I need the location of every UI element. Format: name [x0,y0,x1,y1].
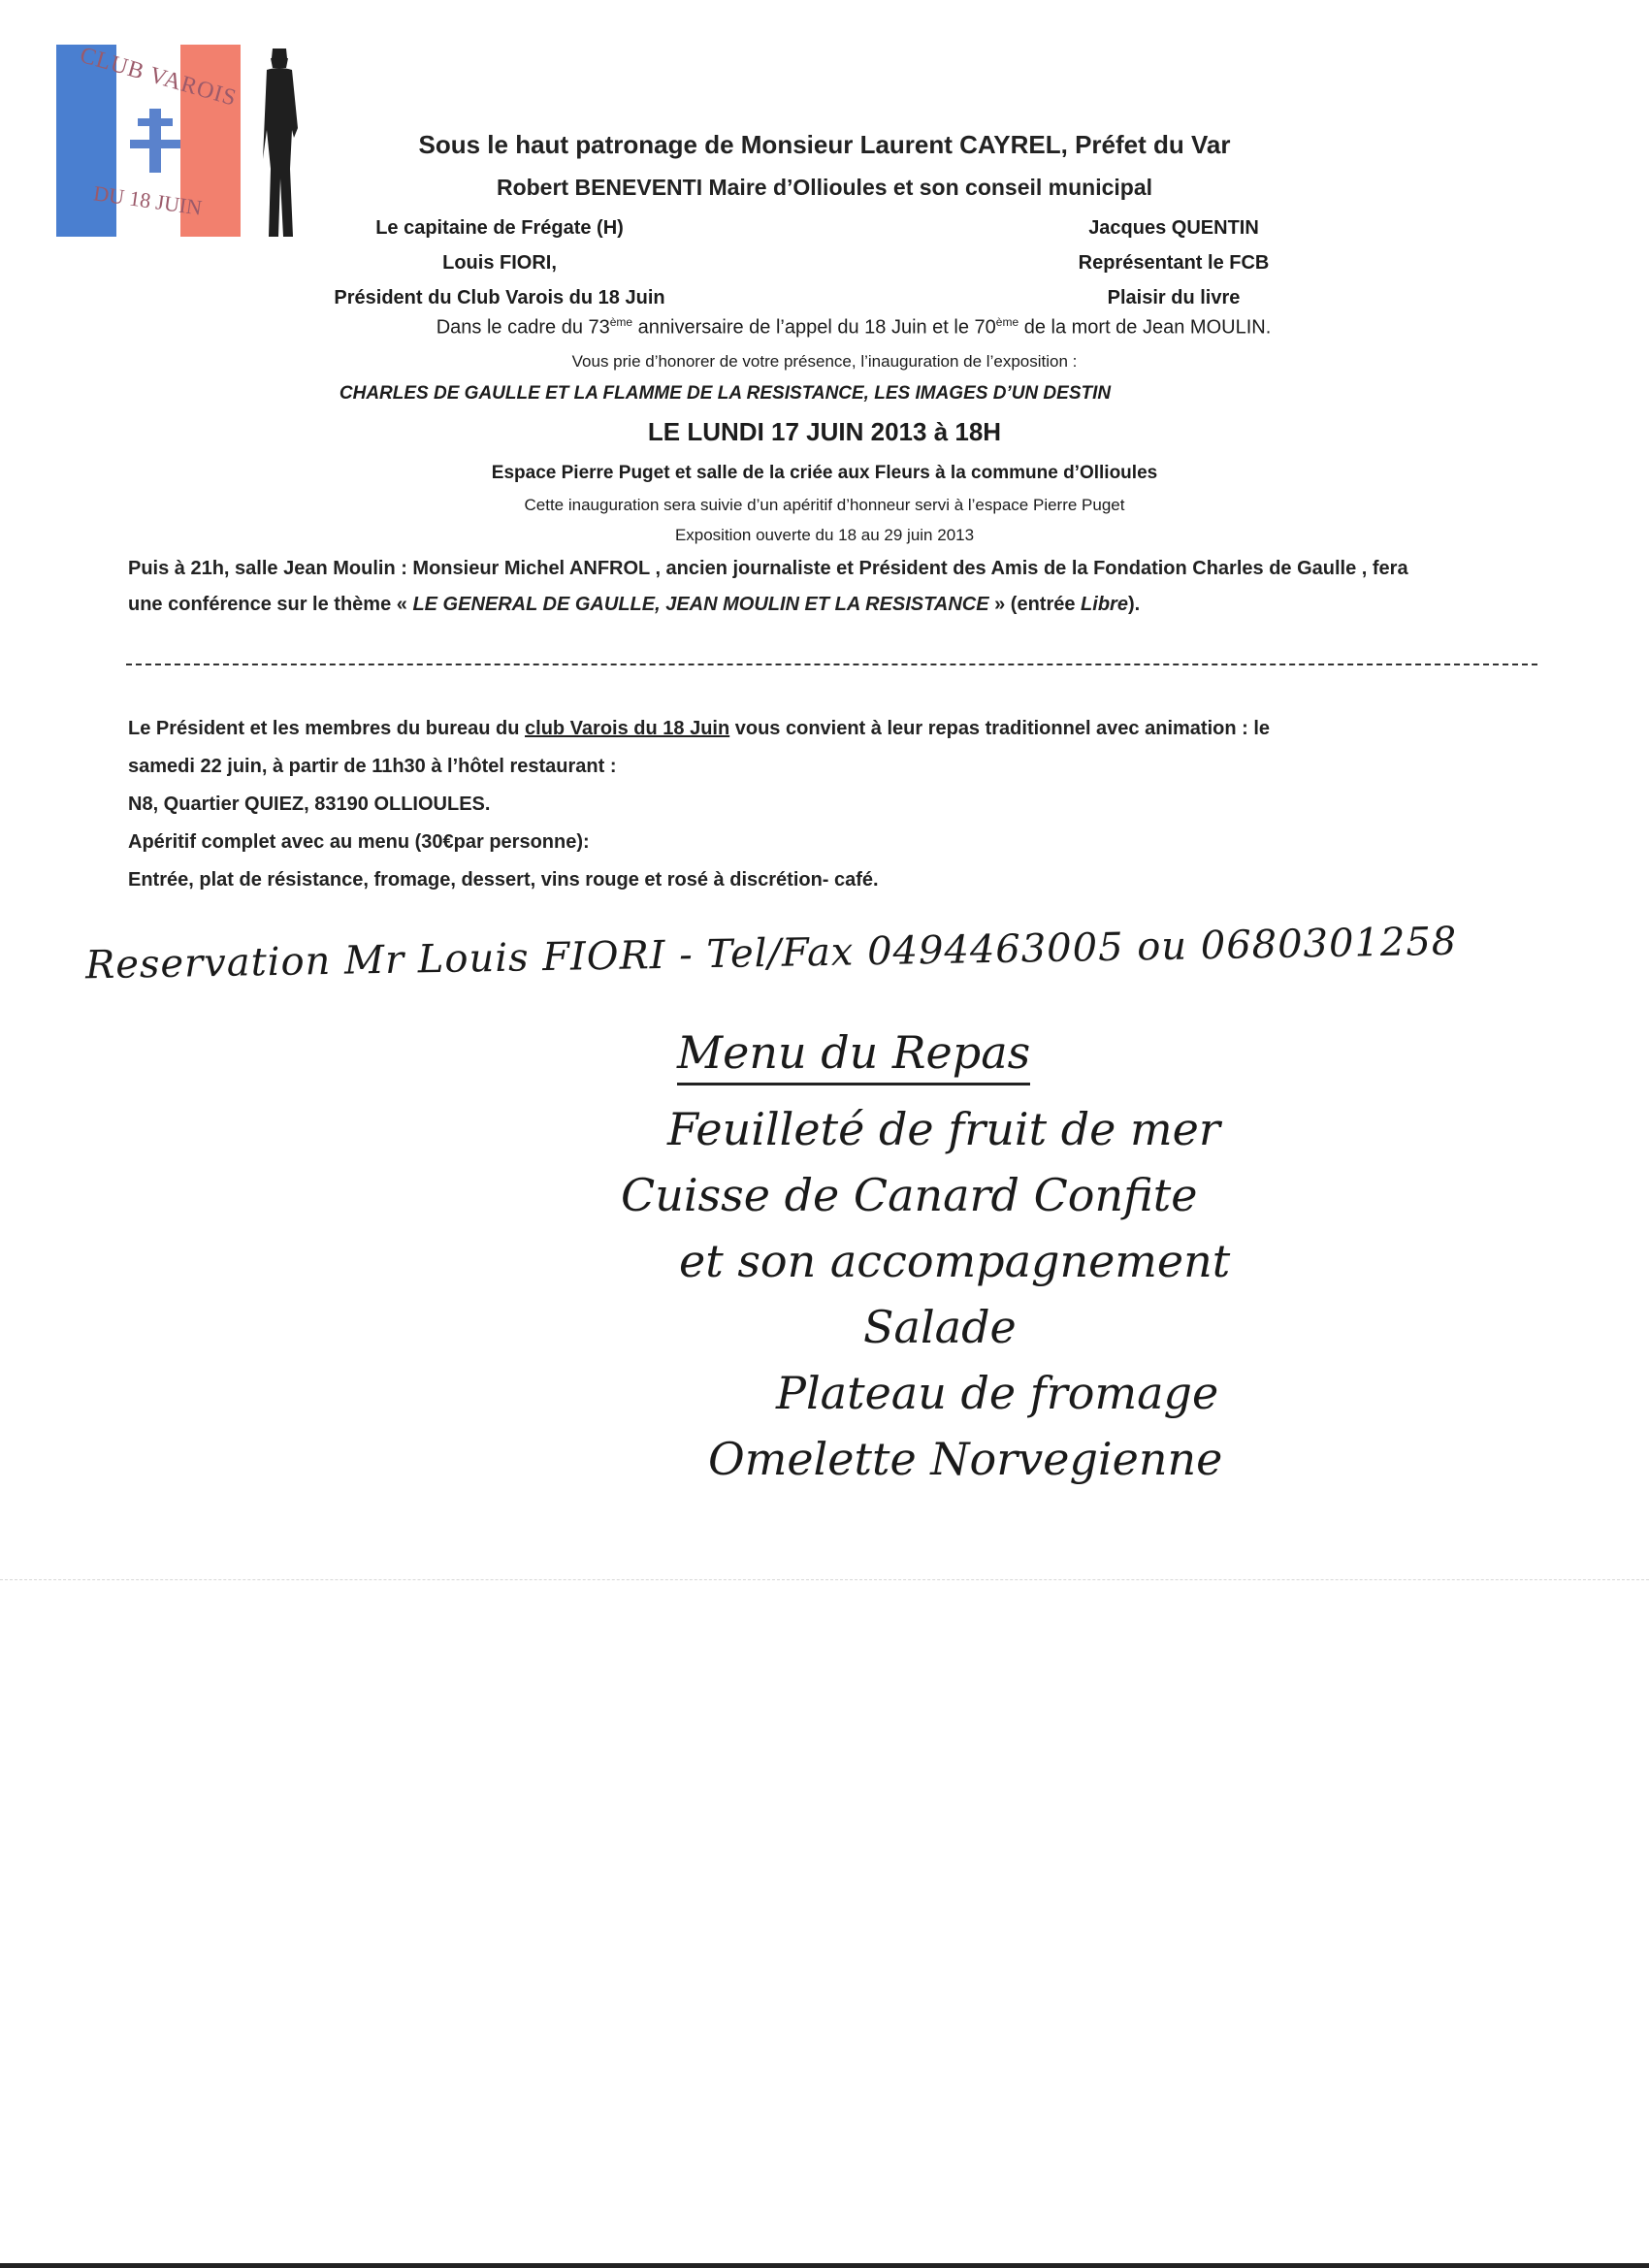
dinner-date: samedi 22 juin, à partir de 11h30 à l’hô… [128,748,1554,786]
conference-text: » (entrée [989,594,1081,615]
dinner-intro: Le Président et les membres du bureau du… [128,710,1554,748]
dinner-paragraph: Le Président et les membres du bureau du… [128,710,1554,899]
dinner-price: Apéritif complet avec au menu (30€par pe… [128,824,1554,861]
conference-text: une conférence sur le thème « [128,594,412,615]
event-location: Espace Pierre Puget et salle de la criée… [0,463,1649,484]
conference-paragraph: Puis à 21h, salle Jean Moulin : Monsieur… [128,551,1554,623]
host-left-line: Président du Club Varois du 18 Juin [325,283,674,318]
conference-line-2: une conférence sur le thème « LE GENERAL… [128,587,1554,623]
dinner-text: Le Président et les membres du bureau du [128,718,525,739]
exhibition-dates: Exposition ouverte du 18 au 29 juin 2013 [0,526,1649,545]
ordinal-suffix: ème [996,315,1018,329]
menu-item: Cuisse de Canard Confite [621,1162,1397,1228]
host-left-line: Louis FIORI, [325,248,674,283]
aperitif-note: Cette inauguration sera suivie d’un apér… [0,496,1649,515]
menu-item: Plateau de fromage [776,1360,1397,1426]
invitation-request: Vous prie d’honorer de votre présence, l… [0,352,1649,372]
anniversary-line: Dans le cadre du 73ème anniversaire de l… [369,315,1339,340]
paper-fold-line [0,1579,1649,1580]
handwritten-reservation: Reservation Mr Louis FIORI - Tel/Fax 049… [85,920,1458,988]
host-right-column: Jacques QUENTIN Représentant le FCB Plai… [1038,213,1309,318]
anniversary-text: Dans le cadre du 73 [436,317,610,339]
anniversary-text: anniversaire de l’appel du 18 Juin et le… [632,317,996,339]
ordinal-suffix: ème [610,315,632,329]
conference-theme: LE GENERAL DE GAULLE, JEAN MOULIN ET LA … [412,594,988,615]
menu-item: Omelette Norvegienne [708,1426,1397,1492]
conference-line-1: Puis à 21h, salle Jean Moulin : Monsieur… [128,551,1554,587]
patronage-title: Sous le haut patronage de Monsieur Laure… [0,130,1649,160]
dinner-address: N8, Quartier QUIEZ, 83190 OLLIOULES. [128,786,1554,824]
host-left-column: Le capitaine de Frégate (H) Louis FIORI,… [325,213,674,318]
menu-item: Feuilleté de fruit de mer [667,1096,1397,1162]
host-right-line: Jacques QUENTIN [1038,213,1309,248]
menu-item: Salade [863,1294,1397,1360]
menu-item: et son accompagnement [679,1228,1397,1294]
club-name-underlined: club Varois du 18 Juin [525,718,729,739]
host-right-line: Représentant le FCB [1038,248,1309,283]
dinner-courses: Entrée, plat de résistance, fromage, des… [128,861,1554,899]
anniversary-text: de la mort de Jean MOULIN. [1018,317,1271,339]
host-left-line: Le capitaine de Frégate (H) [325,213,674,248]
handwritten-menu-list: Feuilleté de fruit de mer Cuisse de Cana… [621,1096,1397,1492]
conference-text: ). [1128,594,1140,615]
conference-text: Libre [1081,594,1128,615]
host-right-line: Plaisir du livre [1038,283,1309,318]
exhibition-title: CHARLES DE GAULLE ET LA FLAMME DE LA RES… [0,383,1450,405]
cross-bar-top [138,118,173,126]
event-date: LE LUNDI 17 JUIN 2013 à 18H [0,417,1649,447]
handwritten-menu-title: Menu du Repas [677,1026,1030,1085]
mayor-subtitle: Robert BENEVENTI Maire d’Ollioules et so… [0,175,1649,201]
dashed-divider [126,664,1537,665]
scan-bottom-edge [0,2263,1649,2268]
dinner-text: vous convient à leur repas traditionnel … [729,718,1270,739]
